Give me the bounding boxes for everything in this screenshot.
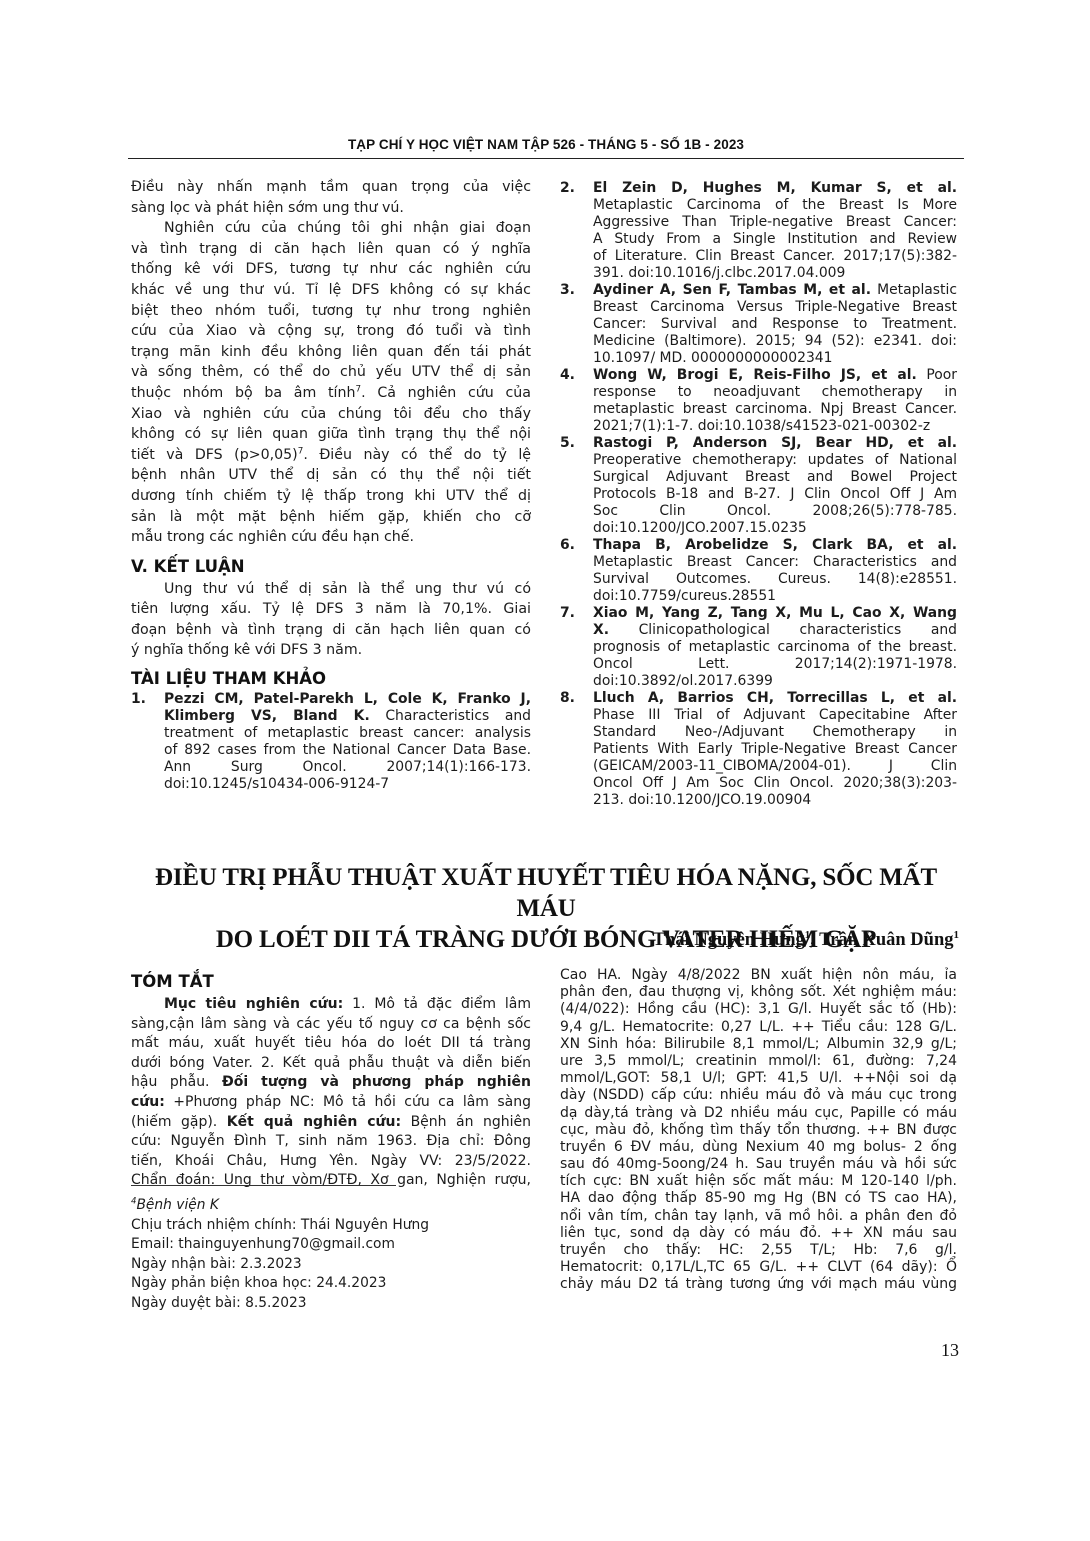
reference-item-7: 7. Xiao M, Yang Z, Tang X, Mu L, Cao X, … (560, 605, 957, 690)
reference-item-3: 3. Aydiner A, Sen F, Tambas M, et al. Me… (560, 282, 957, 367)
accepted-date: Ngày duyệt bài: 8.5.2023 (131, 1294, 531, 1314)
reference-list-left: 1. Pezzi CM, Patel-Parekh L, Cole K, Fra… (131, 691, 531, 793)
page-number: 13 (941, 1340, 959, 1361)
review-date: Ngày phản biện khoa học: 24.4.2023 (131, 1274, 531, 1294)
doi-link[interactable]: 391. doi:10.1016/j.clbc.2017.04.009 (593, 265, 957, 282)
abstract-left-column: TÓM TẮT Mục tiêu nghiên cứu: 1. Mô tả đặ… (131, 971, 531, 1191)
abstract-right-column: Cao HA. Ngày 4/8/2022 BN xuất hiện nôn m… (560, 966, 957, 1293)
discussion-paragraph-1: Điều này nhấn mạnh tầm quan trọng của vi… (131, 177, 531, 218)
author-name: Thái Nguyên Hưng (653, 930, 805, 950)
doi-link[interactable]: 213. doi:10.1200/JCO.19.00904 (593, 792, 957, 809)
conclusion-paragraph: Ung thư vú thể dị sản là thể ung thư vú … (131, 579, 531, 661)
doi-link[interactable]: doi:10.7759/cureus.28551 (593, 588, 957, 605)
doi-link[interactable]: doi:10.1245/s10434-006-9124-7 (164, 776, 531, 793)
doi-link[interactable]: doi:10.1200/JCO.2007.15.0235 (593, 520, 957, 537)
received-date: Ngày nhận bài: 2.3.2023 (131, 1255, 531, 1275)
prev-article-left-column: Điều này nhấn mạnh tầm quan trọng của vi… (131, 177, 531, 793)
reference-list-right: 2. El Zein D, Hughes M, Kumar S, et al. … (560, 180, 957, 809)
reference-item-4: 4. Wong W, Brogi E, Reis-Filho JS, et al… (560, 367, 957, 435)
author-name: Trần Xuân Dũng (819, 930, 953, 950)
reference-item-1: 1. Pezzi CM, Patel-Parekh L, Cole K, Fra… (131, 691, 531, 793)
journal-page: TẠP CHÍ Y HỌC VIỆT NAM TẬP 526 - THÁNG 5… (0, 0, 1090, 1541)
abstract-heading: TÓM TẮT (131, 971, 531, 993)
reference-item-5: 5. Rastogi P, Anderson SJ, Bear HD, et a… (560, 435, 957, 537)
conclusion-heading: V. KẾT LUẬN (131, 556, 531, 578)
references-heading: TÀI LIỆU THAM KHẢO (131, 668, 531, 690)
doi-link[interactable]: 10.1097/ MD. 0000000000002341 (593, 350, 957, 367)
reference-item-2: 2. El Zein D, Hughes M, Kumar S, et al. … (560, 180, 957, 282)
running-header: TẠP CHÍ Y HỌC VIỆT NAM TẬP 526 - THÁNG 5… (128, 137, 964, 152)
header-rule (128, 158, 964, 159)
affiliation-note: 4Bệnh viện K (131, 1196, 531, 1216)
corresponding-author: Chịu trách nhiệm chính: Thái Nguyên Hưng (131, 1216, 531, 1236)
doi-link[interactable]: 2021;7(1):1-7. doi:10.1038/s41523-021-00… (593, 418, 957, 435)
footnote-rule (131, 1185, 396, 1186)
doi-link[interactable]: doi:10.3892/ol.2017.6399 (593, 673, 957, 690)
author-email[interactable]: Email: thainguyenhung70@gmail.com (131, 1235, 531, 1255)
article-footnotes: 4Bệnh viện K Chịu trách nhiệm chính: Thá… (131, 1196, 531, 1314)
reference-item-6: 6. Thapa B, Arobelidze S, Clark BA, et a… (560, 537, 957, 605)
article-authors: Thái Nguyên Hưng1, Trần Xuân Dũng1 (653, 930, 959, 951)
discussion-paragraph-2: Nghiên cứu của chúng tôi ghi nhận giai đ… (131, 218, 531, 548)
abstract-paragraph: Mục tiêu nghiên cứu: 1. Mô tả đặc điểm l… (131, 995, 531, 1191)
author-affiliation-mark: 1 (954, 929, 960, 941)
reference-item-8: 8. Lluch A, Barrios CH, Torrecillas L, e… (560, 690, 957, 809)
